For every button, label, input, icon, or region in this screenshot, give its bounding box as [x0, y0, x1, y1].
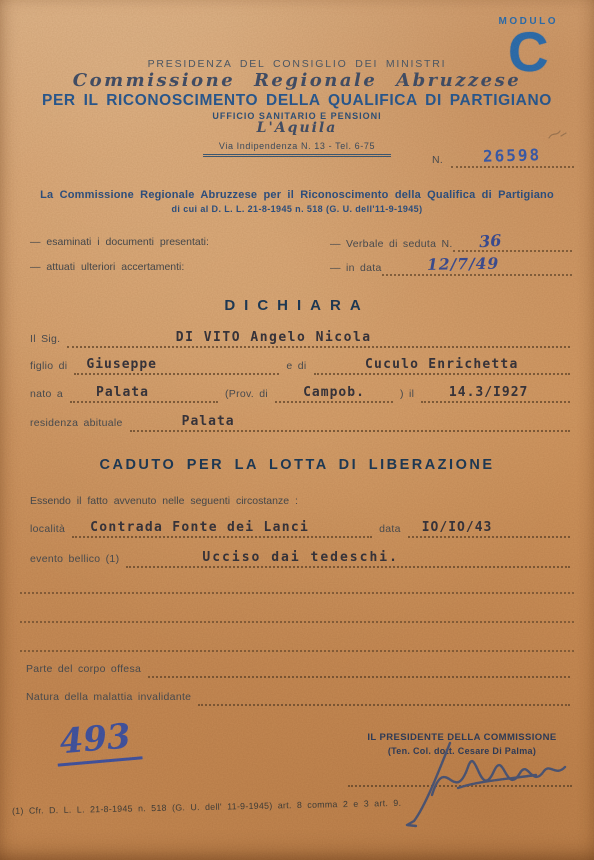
figlio-label: figlio di	[30, 360, 67, 375]
residenza-label: residenza abituale	[30, 417, 123, 432]
blank-dotted-line	[20, 650, 574, 652]
localita-label: località	[30, 523, 65, 538]
indata-field: 12/7/49	[382, 254, 572, 276]
prov-label: (Prov. di	[225, 388, 268, 403]
intro-line-2: di cui al D. L. L. 21-8-1945 n. 518 (G. …	[0, 204, 594, 214]
figlio-row: figlio di Giuseppe e di Cuculo Enrichett…	[30, 353, 570, 375]
figlio-field: Giuseppe	[74, 357, 279, 375]
verbale-row: — Verbale di seduta N. 36	[330, 228, 572, 252]
evento-row: evento bellico (1) Ucciso dai tedeschi.	[30, 546, 570, 568]
residenza-row: residenza abituale Palata	[30, 410, 570, 432]
scanned-document-page: MODULO C PRESIDENZA DEL CONSIGLIO DEI MI…	[0, 0, 594, 860]
commission-script-line: Commissione Regionale Abruzzese	[0, 70, 594, 91]
parte-field	[148, 676, 570, 678]
sig-value: DI VITO Angelo Nicola	[67, 330, 570, 346]
nato-value: Palata	[70, 385, 218, 401]
edi-label: e di	[286, 360, 306, 375]
protocol-number-handwritten: 493	[54, 718, 142, 766]
intro-line-1: La Commissione Regionale Abruzzese per i…	[0, 189, 594, 201]
indata-row: — in data 12/7/49	[330, 252, 572, 276]
indata-value-handwritten: 12/7/49	[427, 253, 528, 274]
data-field: IO/IO/43	[408, 520, 570, 538]
evento-value: Ucciso dai tedeschi.	[126, 550, 570, 566]
sig-row: Il Sig. DI VITO Angelo Nicola	[30, 326, 570, 348]
circumstances-line: Essendo il fatto avvenuto nelle seguenti…	[30, 495, 298, 507]
edi-field: Cuculo Enrichetta	[314, 357, 570, 375]
number-field: 26598	[451, 146, 574, 168]
verbale-value-handwritten: 36	[479, 228, 546, 252]
sig-label: Il Sig.	[30, 333, 60, 348]
indata-label: — in data	[330, 262, 382, 276]
address-line: Via Indipendenza N. 13 - Tel. 6-75	[203, 141, 391, 157]
verbale-label: — Verbale di seduta N.	[330, 238, 453, 252]
caduto-title: CADUTO PER LA LOTTA DI LIBERAZIONE	[0, 457, 594, 473]
natura-label: Natura della malattia invalidante	[26, 691, 191, 706]
parte-label: Parte del corpo offesa	[26, 663, 141, 678]
signature-scrawl	[388, 733, 573, 828]
number-label: N.	[432, 154, 443, 168]
localita-value: Contrada Fonte dei Lanci	[72, 520, 372, 536]
prov-value: Campob.	[275, 385, 393, 401]
nato-field: Palata	[70, 385, 218, 403]
verbale-field: 36	[453, 230, 572, 252]
il-label: ) il	[400, 388, 414, 403]
agency-line: PRESIDENZA DEL CONSIGLIO DEI MINISTRI	[0, 58, 594, 70]
prov-field: Campob.	[275, 385, 393, 403]
registration-number-row: N. 26598	[432, 148, 574, 168]
birth-value: 14.3/I927	[421, 385, 570, 401]
evento-field: Ucciso dai tedeschi.	[126, 550, 570, 568]
evento-label: evento bellico (1)	[30, 553, 119, 568]
natura-field	[198, 704, 570, 706]
parte-row: Parte del corpo offesa	[26, 656, 570, 678]
residenza-field: Palata	[130, 414, 570, 432]
premise-item-1: — esaminati i documenti presentati:	[30, 236, 209, 248]
recognition-title: PER IL RICONOSCIMENTO DELLA QUALIFICA DI…	[0, 92, 594, 110]
blank-dotted-line	[20, 592, 574, 594]
edi-value: Cuculo Enrichetta	[314, 357, 570, 373]
residenza-value: Palata	[130, 414, 570, 430]
data-label: data	[379, 523, 401, 538]
sig-field: DI VITO Angelo Nicola	[67, 330, 570, 348]
figlio-value: Giuseppe	[74, 357, 279, 373]
localita-field: Contrada Fonte dei Lanci	[72, 520, 372, 538]
city-script-line: L'Aquila	[0, 120, 594, 136]
natura-row: Natura della malattia invalidante	[26, 684, 570, 706]
nato-label: nato a	[30, 388, 63, 403]
number-value-stamp: 26598	[483, 145, 542, 167]
nato-row: nato a Palata (Prov. di Campob. ) il 14.…	[30, 381, 570, 403]
birth-field: 14.3/I927	[421, 385, 570, 403]
dichiara-title: DICHIARA	[0, 297, 594, 314]
document-content: MODULO C PRESIDENZA DEL CONSIGLIO DEI MI…	[0, 0, 594, 860]
blank-dotted-line	[20, 621, 574, 623]
localita-row: località Contrada Fonte dei Lanci data I…	[30, 516, 570, 538]
premise-item-2: — attuati ulteriori accertamenti:	[30, 261, 184, 273]
data-value: IO/IO/43	[408, 520, 570, 536]
